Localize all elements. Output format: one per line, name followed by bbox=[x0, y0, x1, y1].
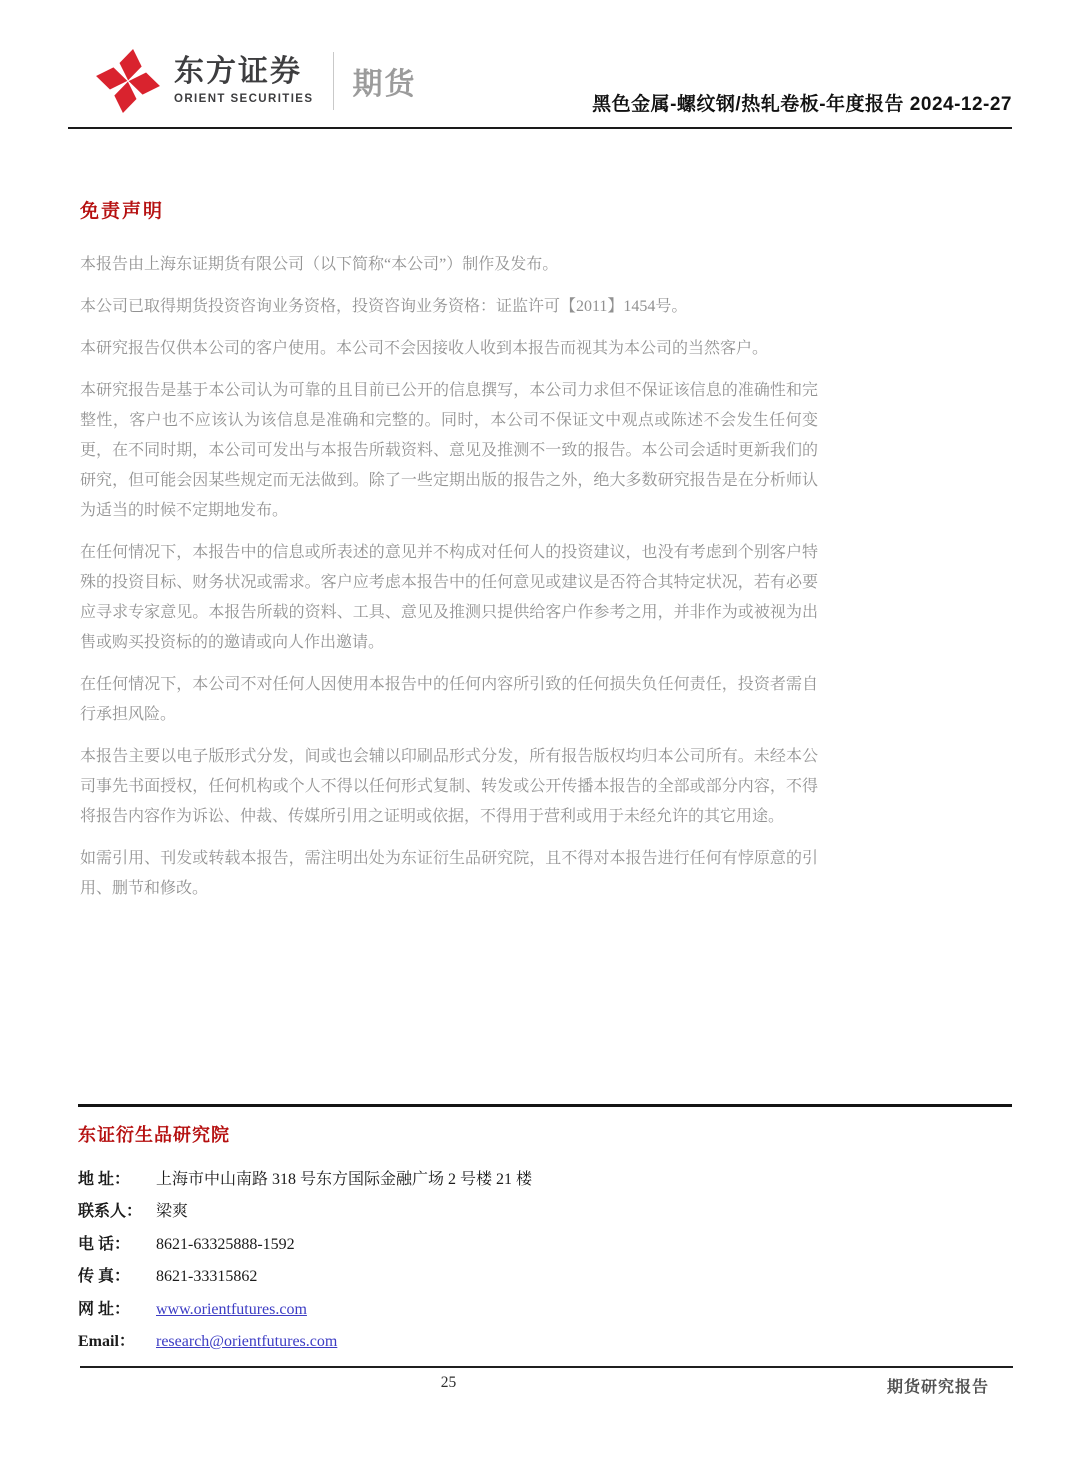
disclaimer-paragraph: 本研究报告仅供本公司的客户使用。本公司不会因接收人收到本报告而视其为本公司的当然… bbox=[80, 334, 818, 364]
brand-sub-futures: 期货 bbox=[352, 59, 416, 103]
disclaimer-paragraph: 本报告由上海东证期货有限公司（以下简称“本公司”）制作及发布。 bbox=[80, 250, 818, 280]
contact-label-address: 地 址： bbox=[78, 1164, 156, 1196]
contact-label-phone: 电 话： bbox=[78, 1229, 156, 1261]
header-brand: 东方证券 ORIENT SECURITIES 期货 bbox=[95, 48, 416, 114]
disclaimer-heading: 免责声明 bbox=[80, 196, 818, 223]
disclaimer-paragraph: 在任何情况下，本公司不对任何人因使用本报告中的任何内容所引致的任何损失负任何责任… bbox=[80, 670, 818, 730]
contact-row-person: 联系人： 梁爽 bbox=[78, 1196, 1012, 1228]
disclaimer-paragraph: 本公司已取得期货投资咨询业务资格，投资咨询业务资格：证监许可【2011】1454… bbox=[80, 292, 818, 322]
contact-value-address: 上海市中山南路 318 号东方国际金融广场 2 号楼 21 楼 bbox=[156, 1164, 532, 1196]
disclaimer-paragraph: 如需引用、刊发或转载本报告，需注明出处为东证衍生品研究院，且不得对本报告进行任何… bbox=[80, 844, 818, 904]
contact-value-person: 梁爽 bbox=[156, 1196, 188, 1228]
footer-rule bbox=[80, 1366, 1013, 1368]
footer-report-type-label: 期货研究报告 bbox=[887, 1374, 989, 1397]
contact-row-fax: 传 真： 8621-33315862 bbox=[78, 1261, 1012, 1293]
contact-value-phone: 8621-63325888-1592 bbox=[156, 1229, 295, 1261]
institute-heading: 东证衍生品研究院 bbox=[78, 1121, 1012, 1147]
contact-row-email: Email： research@orientfutures.com bbox=[78, 1326, 1012, 1358]
website-link[interactable]: www.orientfutures.com bbox=[156, 1294, 307, 1326]
contact-label-fax: 传 真： bbox=[78, 1261, 156, 1293]
header-rule bbox=[68, 127, 1012, 129]
brand-name-cn: 东方证券 bbox=[174, 55, 313, 89]
email-link[interactable]: research@orientfutures.com bbox=[156, 1326, 337, 1358]
contact-label-person: 联系人： bbox=[78, 1196, 156, 1228]
disclaimer-paragraph: 在任何情况下，本报告中的信息或所表述的意见并不构成对任何人的投资建议，也没有考虑… bbox=[80, 538, 818, 658]
brand-name-en: ORIENT SECURITIES bbox=[174, 92, 313, 107]
disclaimer-paragraph: 本研究报告是基于本公司认为可靠的且目前已公开的信息撰写，本公司力求但不保证该信息… bbox=[80, 376, 818, 526]
contact-row-phone: 电 话： 8621-63325888-1592 bbox=[78, 1229, 1012, 1261]
brand-divider bbox=[333, 52, 334, 110]
contact-label-website: 网 址： bbox=[78, 1294, 156, 1326]
report-page: 东方证券 ORIENT SECURITIES 期货 黑色金属-螺纹钢/热轧卷板-… bbox=[0, 0, 1080, 1466]
orient-securities-logo-icon bbox=[95, 48, 161, 114]
report-title: 黑色金属-螺纹钢/热轧卷板-年度报告 2024-12-27 bbox=[592, 89, 1012, 116]
page-number: 25 bbox=[80, 1374, 817, 1392]
brand-text: 东方证券 ORIENT SECURITIES bbox=[174, 55, 313, 107]
contact-row-address: 地 址： 上海市中山南路 318 号东方国际金融广场 2 号楼 21 楼 bbox=[78, 1164, 1012, 1196]
institute-section: 东证衍生品研究院 地 址： 上海市中山南路 318 号东方国际金融广场 2 号楼… bbox=[78, 1104, 1012, 1358]
contact-value-fax: 8621-33315862 bbox=[156, 1261, 257, 1293]
contact-row-website: 网 址： www.orientfutures.com bbox=[78, 1294, 1012, 1326]
disclaimer-paragraph: 本报告主要以电子版形式分发，间或也会辅以印刷品形式分发，所有报告版权均归本公司所… bbox=[80, 742, 818, 832]
contact-label-email: Email： bbox=[78, 1326, 156, 1358]
disclaimer-section: 免责声明 本报告由上海东证期货有限公司（以下简称“本公司”）制作及发布。 本公司… bbox=[80, 196, 818, 916]
institute-top-rule bbox=[78, 1104, 1012, 1107]
